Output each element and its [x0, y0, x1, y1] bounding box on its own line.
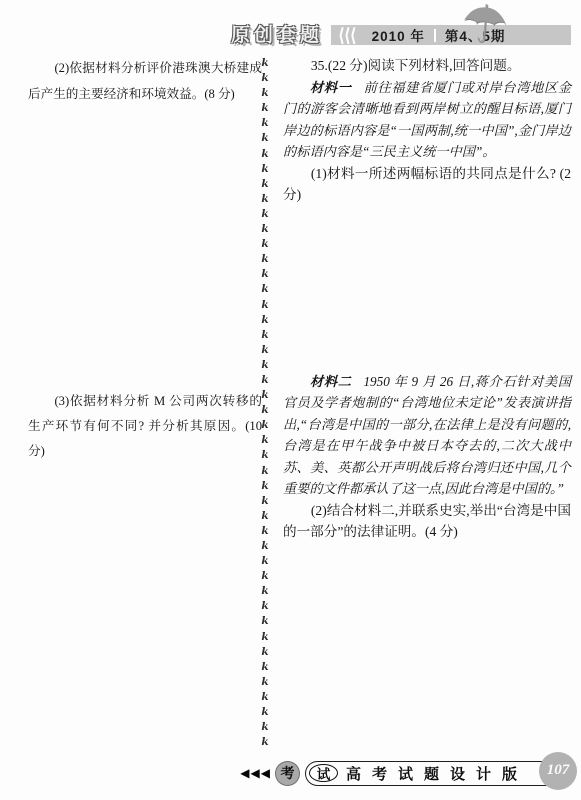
question-3-text: (3)依据材料分析 M 公司两次转移的生产环节有何不同? 并分析其原因。(10 … — [28, 389, 262, 464]
footer-capsule: 试 高考试题设计版 107 — [305, 761, 575, 786]
cut-line-divider: k k k k k k k k k k k k k k k k k k k k … — [258, 56, 272, 750]
exam-circle-badge: 考 — [276, 762, 299, 785]
umbrella-icon: ☂ — [459, 0, 511, 56]
question-35-1-text: (1)材料一所述两幅标语的共同点是什么? (2 分) — [283, 163, 571, 206]
material-2-text: 1950 年 9 月 26 日,蒋介石针对美国官员及学者炮制的“台湾地位未定论”… — [283, 374, 571, 497]
header-bar-separator — [434, 29, 436, 42]
footer: ◀◀◀ 考 试 高考试题设计版 107 — [0, 753, 575, 793]
material-1-label: 材料一 — [310, 80, 352, 95]
year-label: 2010 年 — [372, 25, 425, 45]
chevrons-icon: ⟨⟨⟨ — [338, 24, 356, 47]
material-2-label: 材料二 — [310, 374, 352, 389]
scanned-exam-page: 原创套题 ☂ ⟨⟨⟨ 2010 年 第4、5期 (2)依据材料分析评价港珠澳大桥… — [0, 0, 581, 800]
footer-title: 高考试题设计版 — [346, 763, 528, 784]
page-number-badge: 107 — [539, 752, 577, 790]
brand-logo: 原创套题 — [231, 20, 323, 47]
material-1-paragraph: 材料一前往福建省厦门或对岸台湾地区金门的游客会清晰地看到两岸树立的醒目标语,厦门… — [283, 77, 571, 163]
left-arrows-icon: ◀◀◀ — [240, 766, 271, 780]
question-35-2-text: (2)结合材料二,并联系史实,举出“台湾是中国的一部分”的法律证明。(4 分) — [283, 500, 571, 543]
right-column: 35.(22 分)阅读下列材料,回答问题。 材料一前往福建省厦门或对岸台湾地区金… — [283, 55, 571, 543]
question-2-text: (2)依据材料分析评价港珠澳大桥建成后产生的主要经济和环境效益。(8 分) — [28, 55, 262, 107]
exam-oval-badge: 试 — [309, 764, 338, 782]
header-bar: ⟨⟨⟨ 2010 年 第4、5期 — [331, 25, 571, 45]
material-2-paragraph: 材料二1950 年 9 月 26 日,蒋介石针对美国官员及学者炮制的“台湾地位未… — [283, 371, 571, 500]
question-35-intro: 35.(22 分)阅读下列材料,回答问题。 — [283, 55, 571, 77]
